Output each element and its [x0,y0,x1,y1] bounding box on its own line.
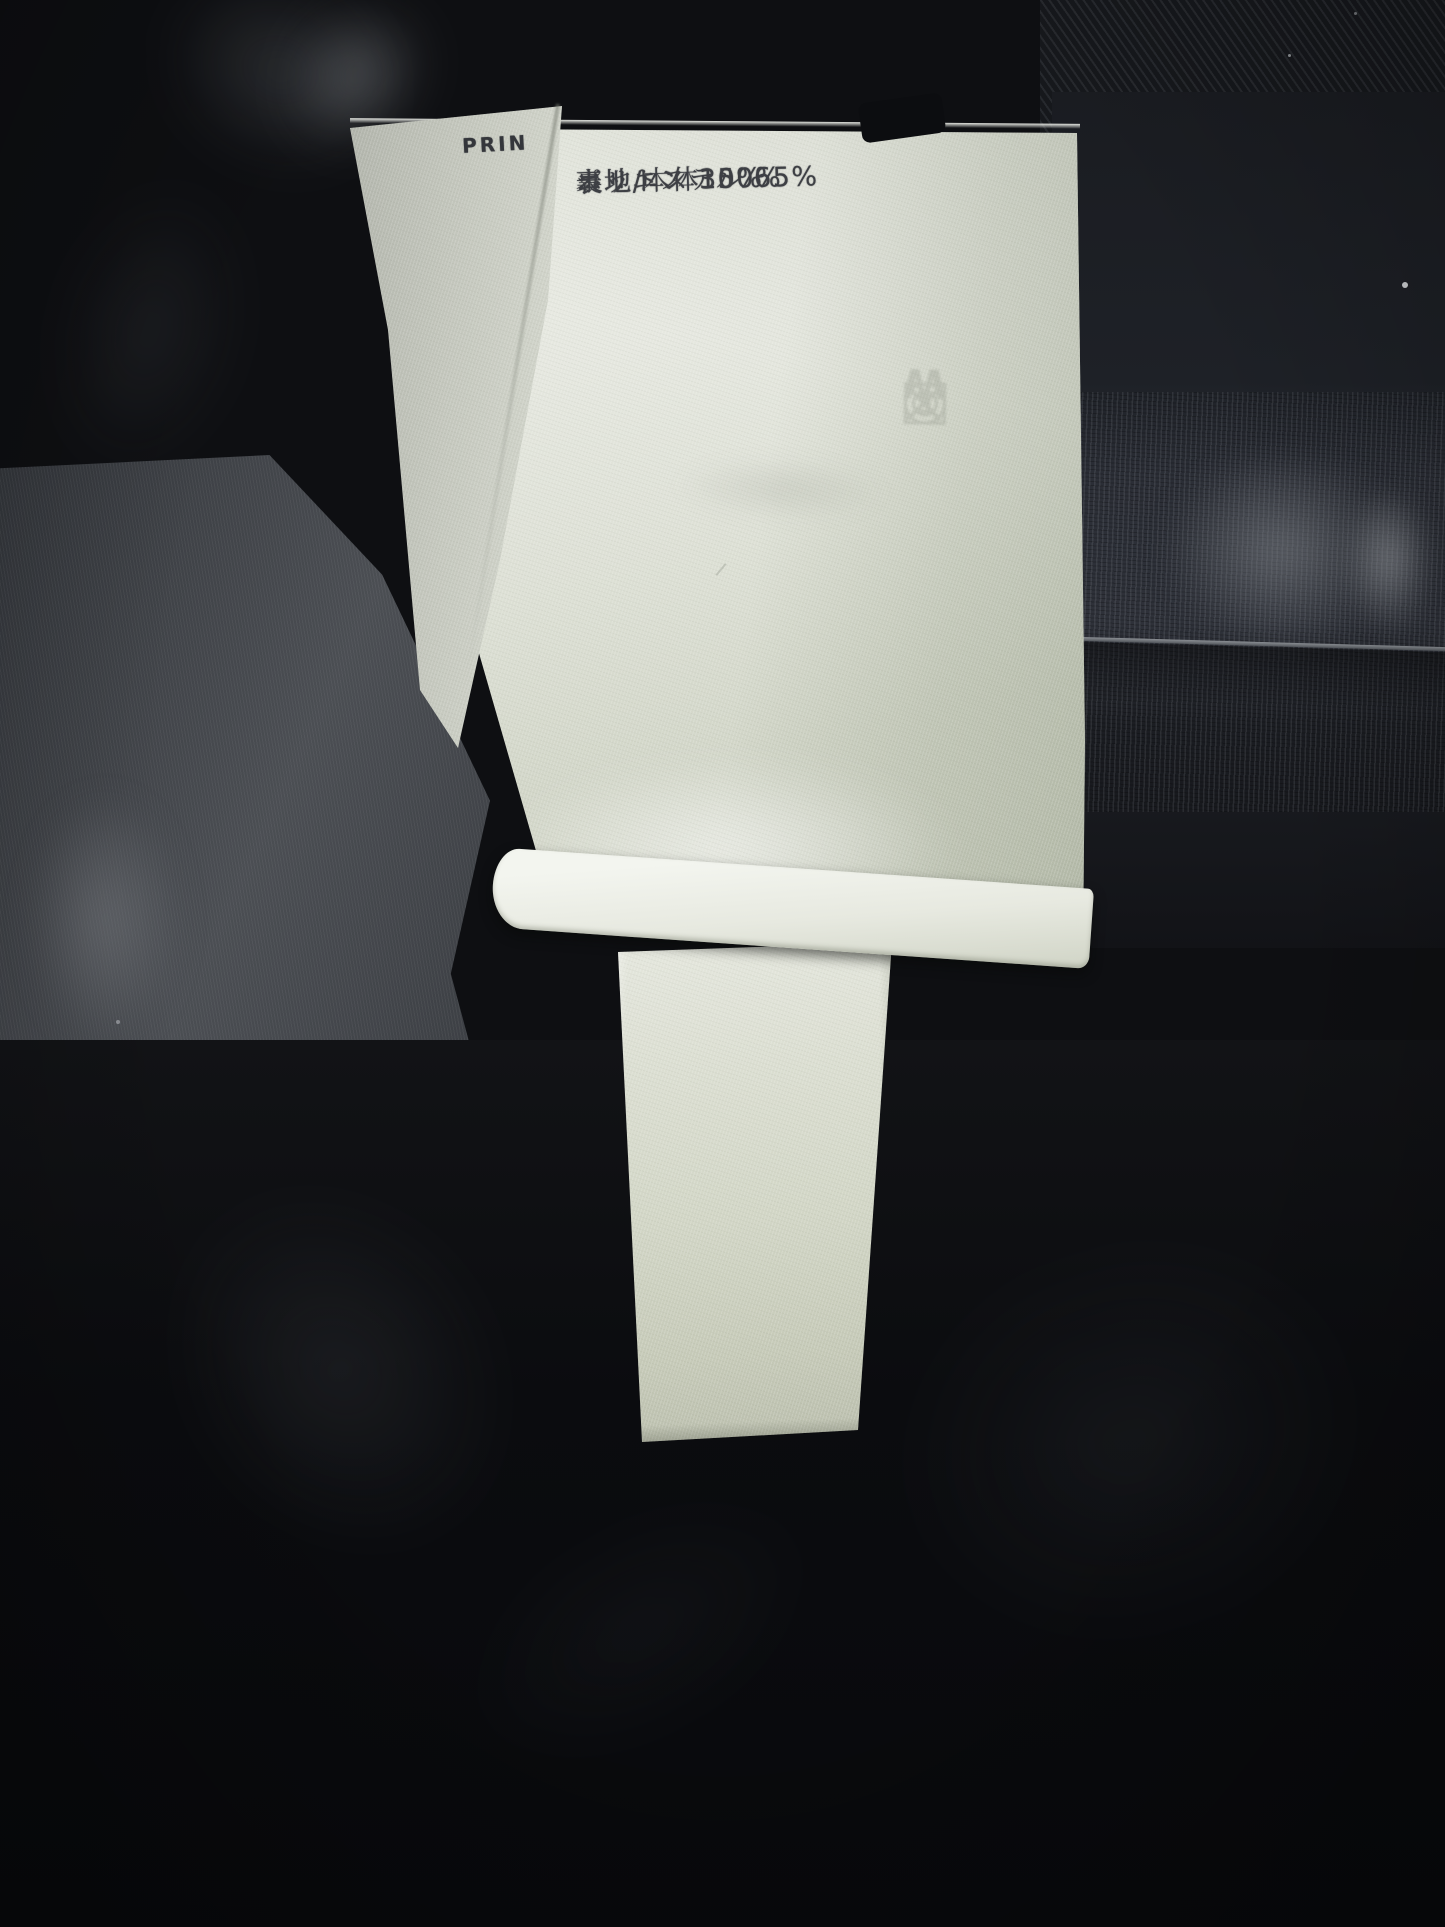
photo-care-label-scene: PRIN 表地/本体 コットン 100% 裏地 ポリエステル 65% コットン … [0,0,1445,1927]
photo-vignette [0,0,1445,1927]
